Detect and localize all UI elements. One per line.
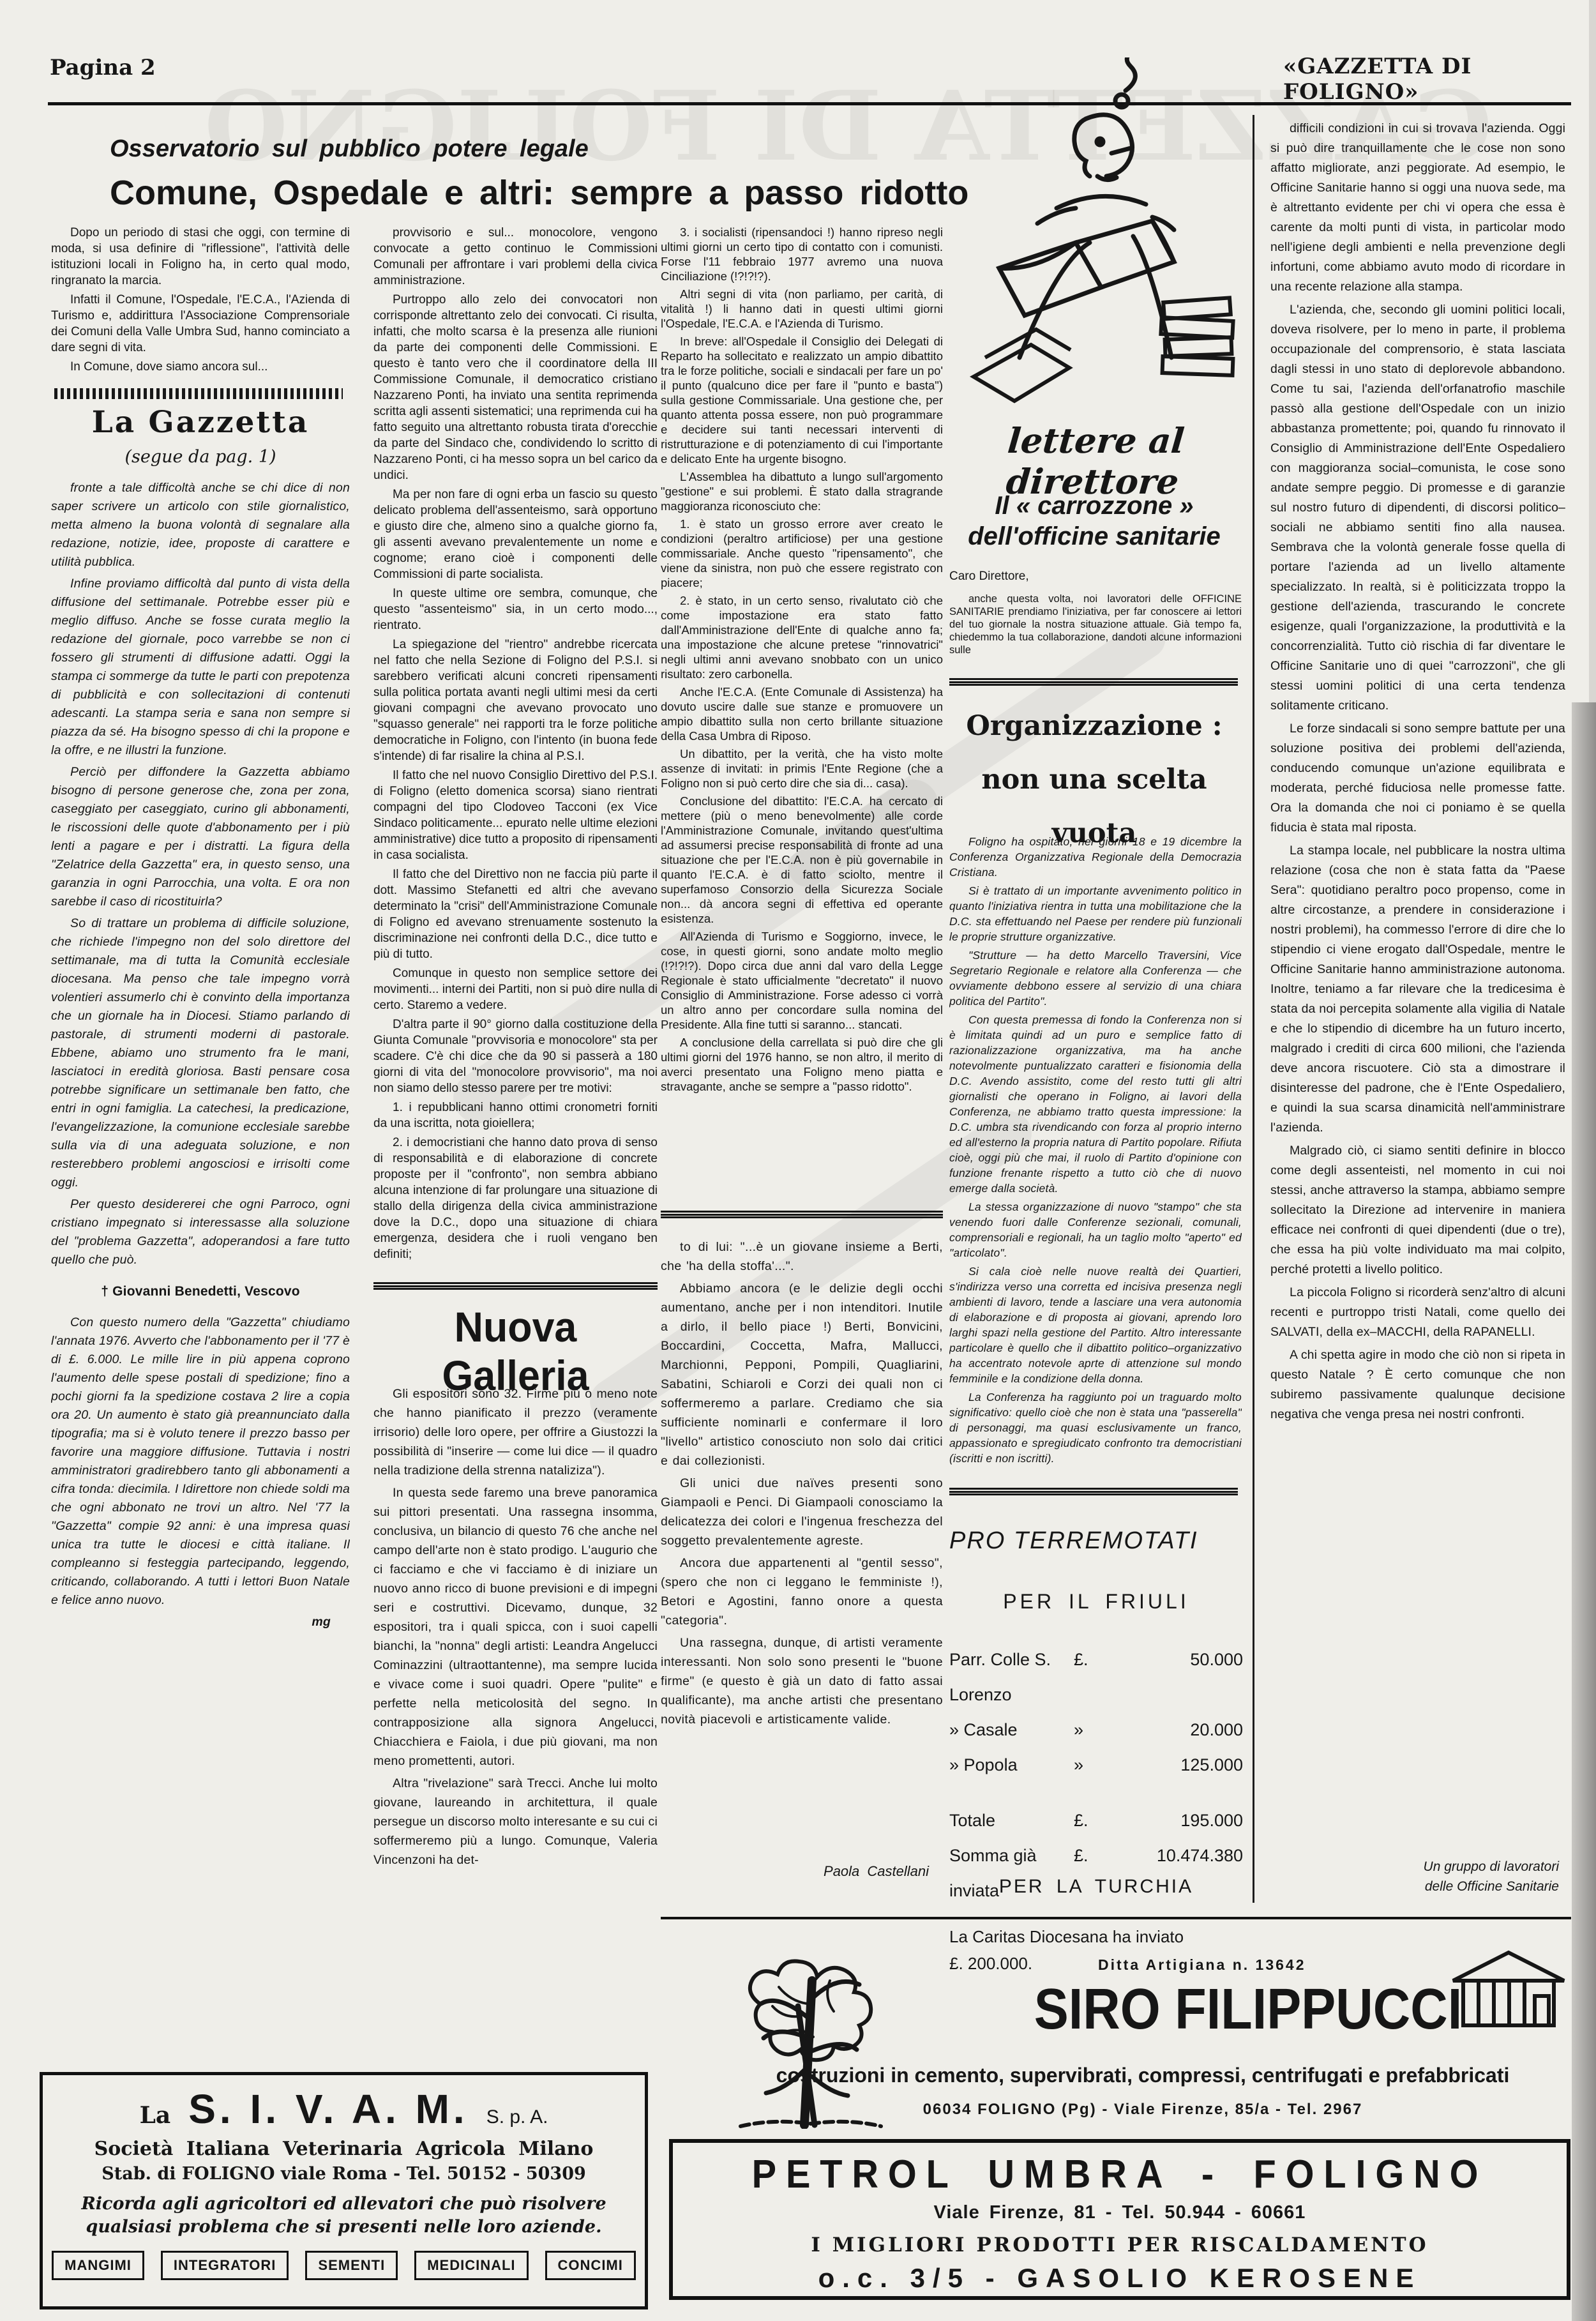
paragraph: Con questo numero della "Gazzetta" chiud… — [51, 1313, 350, 1610]
letter-opening-body: anche questa volta, noi lavoratori delle… — [949, 593, 1242, 672]
house-icon — [1447, 1946, 1570, 2030]
don-v: 125.000 — [1118, 1748, 1243, 1783]
paragraph: anche questa volta, noi lavoratori delle… — [949, 593, 1242, 656]
letter-title-line1: Il « carrozzone » — [944, 490, 1245, 521]
article-headline: Comune, Ospedale e altri: sempre a passo… — [110, 173, 959, 213]
paragraph: fronte a tale difficoltà anche se chi di… — [51, 479, 350, 571]
organizzazione-title-line1: Organizzazione : — [944, 700, 1245, 753]
paragraph: 3. i socialisti (ripensandoci !) hanno r… — [661, 225, 943, 284]
sivam-prefix: La — [140, 2102, 171, 2129]
paragraph: La spiegazione del "rientro" andrebbe ri… — [373, 637, 658, 764]
section-divider — [373, 1282, 658, 1290]
siro-tagline: costruzioni in cemento, supervibrati, co… — [715, 2064, 1570, 2087]
don-c: » — [1074, 1712, 1118, 1748]
paragraph: Gli espositori sono 32. Firme più o meno… — [373, 1384, 658, 1480]
letter-continuation-column: difficili condizioni in cui si trovava l… — [1270, 119, 1565, 1847]
lettere-al-direttore-heading: lettere al direttore — [940, 420, 1248, 502]
paragraph: Con questa premessa di fondo la Conferen… — [949, 1012, 1242, 1196]
letter-signature: Un gruppo di lavoratori delle Officine S… — [1270, 1857, 1559, 1896]
paragraph: Si è trattato di un importante avvenimen… — [949, 883, 1242, 944]
paragraph: SEMENTI — [305, 2251, 398, 2280]
newspaper-page: GAZZETTA DI FOLIGNO Pagina 2 «GAZZETTA D… — [0, 0, 1596, 2321]
paragraph: A conclusione della carrellata si può di… — [661, 1035, 943, 1094]
paragraph: Malgrado ciò, ci siamo sentiti definire … — [1270, 1141, 1565, 1280]
paragraph: INTEGRATORI — [161, 2251, 289, 2280]
paragraph: In questa sede faremo una breve panorami… — [373, 1483, 658, 1771]
paragraph: In Comune, dove siamo ancora sul... — [51, 359, 350, 375]
paragraph: 1. i repubblicani hanno ottimi cronometr… — [373, 1100, 658, 1131]
paragraph: Ancora due appartenenti al "gentil sesso… — [661, 1554, 943, 1630]
don-v: 50.000 — [1118, 1642, 1243, 1712]
gazzetta-paragraphs-1: fronte a tale difficoltà anche se chi di… — [51, 479, 350, 1269]
paragraph: Una rassegna, dunque, di artisti veramen… — [661, 1633, 943, 1729]
masthead-title: «GAZZETTA DI FOLIGNO» — [1283, 54, 1596, 105]
lead-article-column-2: provvisorio e sul... monocolore, vengono… — [373, 225, 658, 1277]
lead-article-header: Osservatorio sul pubblico potere legale … — [110, 135, 959, 213]
gazzetta-paragraphs-2: Con questo numero della "Gazzetta" chiud… — [51, 1313, 350, 1610]
petrol-address: Viale Firenze, 81 - Tel. 50.944 - 60661 — [673, 2202, 1567, 2223]
section-divider — [661, 1211, 943, 1218]
pro-terremotati-title: PRO TERREMOTATI — [949, 1527, 1243, 1555]
author-initials: mg — [51, 1613, 350, 1631]
paragraph: MEDICINALI — [414, 2251, 528, 2280]
sivam-category-boxes: MANGIMIINTEGRATORISEMENTIMEDICINALICONCI… — [43, 2251, 645, 2280]
don-v: 10.474.380 — [1118, 1838, 1243, 1909]
paragraph: Dopo un periodo di stasi che oggi, con t… — [51, 225, 350, 289]
section-divider — [949, 1488, 1238, 1495]
don-l: Somma già inviata — [949, 1838, 1074, 1909]
paragraph: 1. è stato un grosso errore aver creato … — [661, 517, 943, 590]
paragraph: L'Assemblea ha dibattuto a lungo sull'ar… — [661, 469, 943, 513]
sivam-address-line: Stab. di FOLIGNO viale Roma - Tel. 50152… — [43, 2164, 645, 2184]
organizzazione-body: Foligno ha ospitato, nei giorni 18 e 19 … — [949, 834, 1242, 1474]
turchia-subtitle: PER LA TURCHIA — [949, 1876, 1243, 1898]
paragraph: "Strutture — ha detto Marcello Traversin… — [949, 948, 1242, 1009]
section-divider — [949, 678, 1238, 686]
paragraph: D'altra parte il 90° giorno dalla costit… — [373, 1017, 658, 1096]
lead-article-column-1: Dopo un periodo di stasi che oggi, con t… — [51, 225, 350, 383]
paragraph: Un dibattito, per la verità, che ha vist… — [661, 746, 943, 790]
petrol-products-line: I MIGLIORI PRODOTTI PER RISCALDAMENTO — [673, 2234, 1567, 2257]
paragraph: La piccola Foligno si ricorderà senz'alt… — [1270, 1283, 1565, 1342]
paragraph: Altra "rivelazione" sarà Trecci. Anche l… — [373, 1774, 658, 1870]
sivam-tagline: Ricorda agli agricoltori ed allevatori c… — [73, 2193, 615, 2239]
don-v: 20.000 — [1118, 1712, 1243, 1748]
sivam-brand-row: La S. I. V. A. M. S. p. A. — [43, 2085, 645, 2133]
paragraph: Comunque in questo non semplice settore … — [373, 965, 658, 1013]
scan-edge-band — [1589, 0, 1596, 702]
column-divider-rule — [1253, 115, 1254, 1903]
siro-ditta-label: Ditta Artigiana n. 13642 — [1098, 1956, 1306, 1974]
sivam-brand-name: S. I. V. A. M. — [188, 2085, 468, 2133]
petrol-fuel-line: o.c. 3/5 - GASOLIO KEROSENE — [673, 2263, 1567, 2294]
don-c: £. — [1074, 1838, 1118, 1909]
paragraph: CONCIMI — [545, 2251, 636, 2280]
gazzetta-continuation-title: La Gazzetta — [51, 405, 350, 440]
letter-title-line2: dell'officine sanitarie — [944, 521, 1245, 552]
paragraph: La stessa organizzazione di nuovo "stamp… — [949, 1199, 1242, 1260]
paragraph: Il fatto che nel nuovo Consiglio Diretti… — [373, 767, 658, 863]
paragraph: All'Azienda di Turismo e Soggiorno, inve… — [661, 929, 943, 1032]
article-kicker: Osservatorio sul pubblico potere legale — [110, 135, 959, 163]
reader-caricature-illustration — [961, 57, 1242, 415]
nuova-galleria-column-1: Gli espositori sono 32. Firme più o meno… — [373, 1384, 658, 2066]
paragraph: MANGIMI — [52, 2251, 144, 2280]
gazzetta-continuation-subtitle: (segue da pag. 1) — [51, 447, 350, 467]
don-l: Totale — [949, 1803, 1074, 1838]
paragraph: Le forze sindacali si sono sempre battut… — [1270, 719, 1565, 838]
donation-row: » Popola»125.000 — [949, 1748, 1243, 1783]
don-c: £. — [1074, 1642, 1118, 1712]
paragraph: Abbiamo ancora (e le delizie degli occhi… — [661, 1279, 943, 1470]
galleria-author-signature: Paola Castellani — [661, 1863, 929, 1880]
don-c: » — [1074, 1748, 1118, 1783]
don-l: Parr. Colle S. Lorenzo — [949, 1642, 1074, 1712]
paragraph: In queste ultime ore sembra, comunque, c… — [373, 586, 658, 633]
paragraph: A chi spetta agire in modo che ciò non s… — [1270, 1345, 1565, 1425]
letter-title: Il « carrozzone » dell'officine sanitari… — [944, 490, 1245, 552]
paragraph: Il fatto che del Direttivo non ne faccia… — [373, 866, 658, 962]
paragraph: Per questo desidererei che ogni Parroco,… — [51, 1195, 350, 1269]
sivam-ad: La S. I. V. A. M. S. p. A. Società Itali… — [40, 2072, 648, 2310]
petrol-brand-name: PETROL UMBRA - FOLIGNO — [704, 2152, 1535, 2197]
petrol-umbra-ad: PETROL UMBRA - FOLIGNO Viale Firenze, 81… — [669, 2139, 1570, 2300]
paragraph: Foligno ha ospitato, nei giorni 18 e 19 … — [949, 834, 1242, 880]
paragraph: Infatti il Comune, l'Ospedale, l'E.C.A.,… — [51, 292, 350, 356]
don-l: » Popola — [949, 1748, 1074, 1783]
donation-row: Totale£.195.000 — [949, 1803, 1243, 1838]
paragraph: So di trattare un problema di difficile … — [51, 914, 350, 1192]
paragraph: Si cala cioè nelle nuove realtà dei Quar… — [949, 1264, 1242, 1386]
paragraph: La Conferenza ha raggiunto poi un tragua… — [949, 1389, 1242, 1466]
friuli-subtitle: PER IL FRIULI — [949, 1590, 1243, 1614]
paragraph: Gli unici due naïves presenti sono Giamp… — [661, 1474, 943, 1550]
donation-row: » Casale»20.000 — [949, 1712, 1243, 1748]
paragraph: La stampa locale, nel pubblicare la nost… — [1270, 841, 1565, 1138]
hatch-divider — [54, 388, 343, 399]
ads-top-rule — [661, 1917, 1571, 1919]
letter-signature-line2: delle Officine Sanitarie — [1270, 1877, 1559, 1896]
paragraph: In breve: all'Ospedale il Consiglio dei … — [661, 334, 943, 466]
letter-salutation: Caro Direttore, — [949, 570, 1243, 584]
sivam-suffix: S. p. A. — [486, 2106, 548, 2128]
scan-edge-band — [1572, 702, 1596, 2321]
gazzetta-continuation-body: fronte a tale difficoltà anche se chi di… — [51, 479, 350, 2043]
siro-address: 06034 FOLIGNO (Pg) - Viale Firenze, 85/a… — [715, 2101, 1570, 2119]
donation-row: Parr. Colle S. Lorenzo£.50.000 — [949, 1642, 1243, 1712]
bishop-signature: † Giovanni Benedetti, Vescovo — [51, 1282, 350, 1301]
paragraph: Infine proviamo difficoltà dal punto di … — [51, 575, 350, 760]
sivam-company-line: Società Italiana Veterinaria Agricola Mi… — [43, 2138, 645, 2160]
donations-table: Parr. Colle S. Lorenzo£.50.000» Casale»2… — [949, 1642, 1243, 1909]
paragraph: to di lui: "...è un giovane insieme a Be… — [661, 1237, 943, 1276]
donation-row: Somma già inviata£.10.474.380 — [949, 1838, 1243, 1909]
paragraph: 2. i democristiani che hanno dato prova … — [373, 1135, 658, 1262]
lead-article-column-3: 3. i socialisti (ripensandoci !) hanno r… — [661, 225, 943, 1200]
page-number-label: Pagina 2 — [50, 55, 156, 80]
paragraph: Perciò per diffondere la Gazzetta abbiam… — [51, 763, 350, 911]
paragraph: Purtroppo allo zelo dei convocatori non … — [373, 292, 658, 483]
paragraph: provvisorio e sul... monocolore, vengono… — [373, 225, 658, 289]
don-v: 195.000 — [1118, 1803, 1243, 1838]
don-c: £. — [1074, 1803, 1118, 1838]
letter-signature-line1: Un gruppo di lavoratori — [1270, 1857, 1559, 1877]
paragraph: 2. è stato, in un certo senso, rivalutat… — [661, 593, 943, 681]
paragraph: L'azienda, che, secondo gli uomini polit… — [1270, 300, 1565, 716]
paragraph: Ma per non fare di ogni erba un fascio s… — [373, 487, 658, 582]
paragraph: difficili condizioni in cui si trovava l… — [1270, 119, 1565, 297]
paragraph: Altri segni di vita (non parliamo, per c… — [661, 287, 943, 331]
paragraph: Conclusione del dibattito: l'E.C.A. ha c… — [661, 794, 943, 926]
don-l: » Casale — [949, 1712, 1074, 1748]
header-rule — [48, 102, 1571, 105]
paragraph: Anche l'E.C.A. (Ente Comunale di Assiste… — [661, 684, 943, 743]
nuova-galleria-column-2: to di lui: "...è un giovane insieme a Be… — [661, 1237, 943, 1862]
